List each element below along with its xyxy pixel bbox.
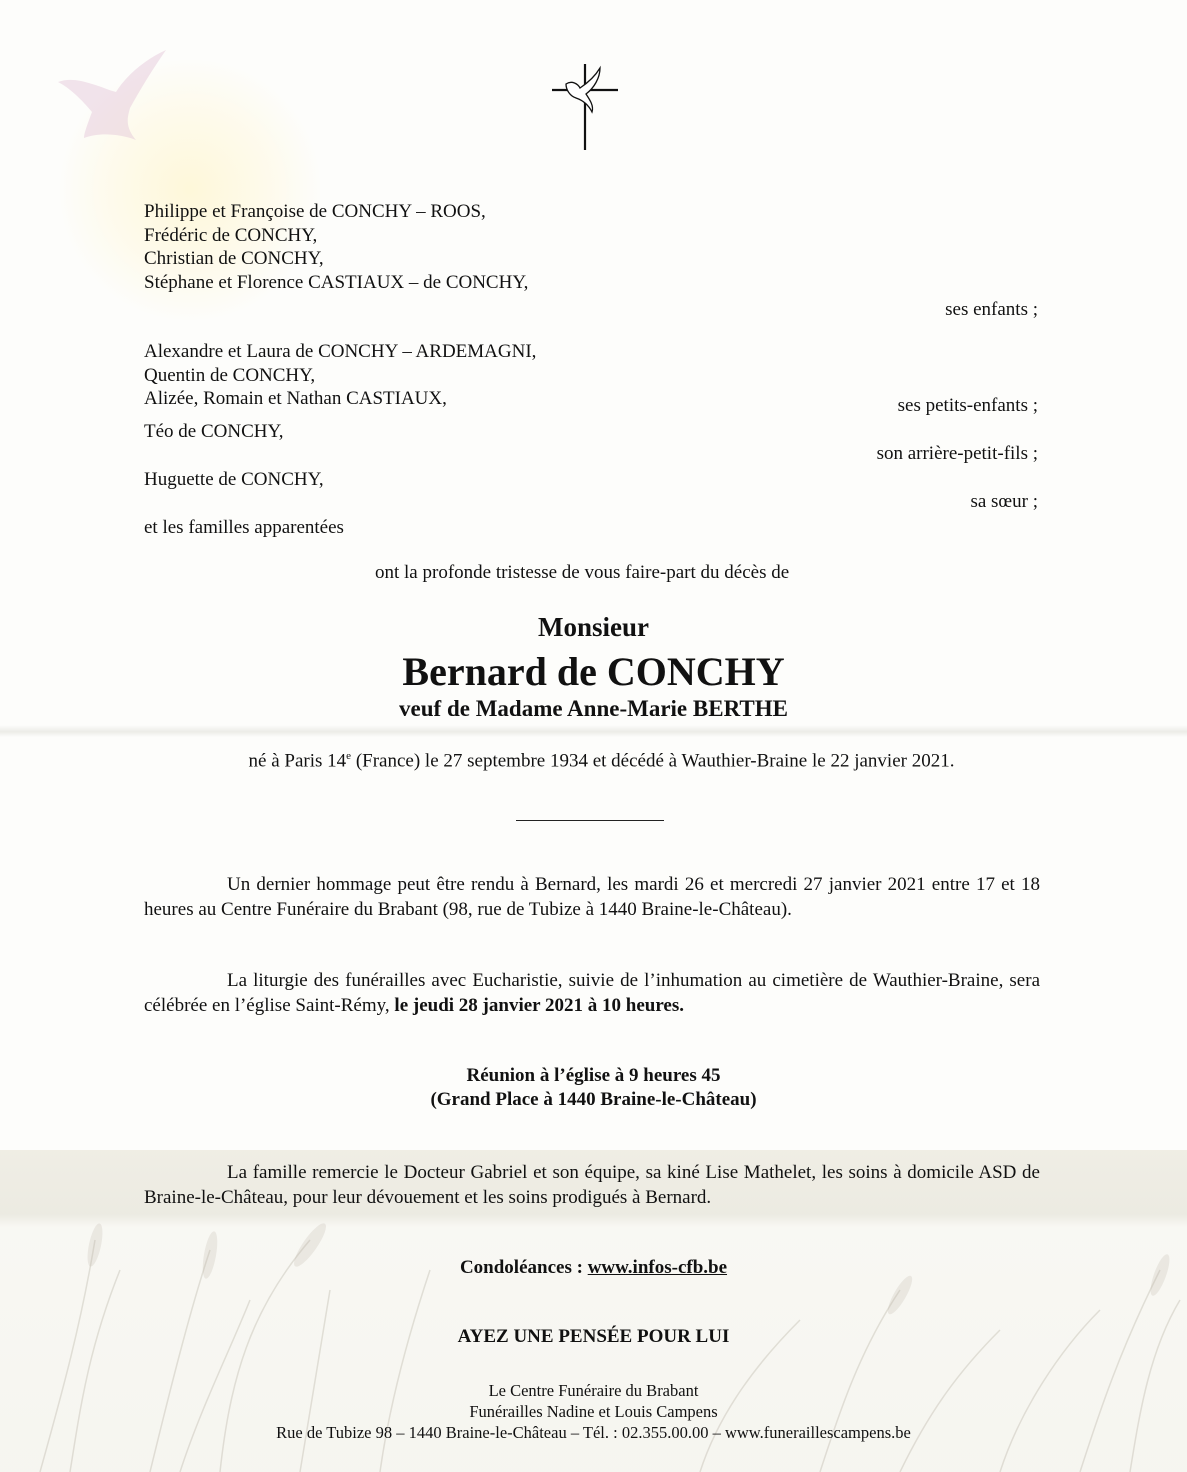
family-member: Quentin de CONCHY, xyxy=(144,364,536,388)
dove-watermark-icon xyxy=(40,30,180,150)
funeral-date: le jeudi 28 janvier 2021 à 10 heures. xyxy=(394,995,684,1016)
liturgy-paragraph: La liturgie des funérailles avec Euchari… xyxy=(144,968,1040,1018)
family-member: Huguette de CONCHY, xyxy=(144,468,324,492)
relation-label-grandchildren: ses petits-enfants ; xyxy=(898,395,1038,417)
condolences-link[interactable]: www.infos-cfb.be xyxy=(588,1257,727,1278)
family-member: Téo de CONCHY, xyxy=(144,420,284,444)
cross-with-dove-icon xyxy=(550,62,620,152)
deceased-name: Bernard de CONCHY xyxy=(0,648,1187,695)
family-member: Alizée, Romain et Nathan CASTIAUX, xyxy=(144,387,536,411)
family-member: Frédéric de CONCHY, xyxy=(144,224,536,248)
birth-death-line: né à Paris 14e (France) le 27 septembre … xyxy=(8,750,1187,772)
relation-label-children: ses enfants ; xyxy=(945,299,1038,321)
related-families: et les familles apparentées xyxy=(144,516,344,540)
announcement-intro: ont la profonde tristesse de vous faire-… xyxy=(375,562,789,584)
homage-paragraph: Un dernier hommage peut être rendu à Ber… xyxy=(144,872,1040,922)
thanks-paragraph: La famille remercie le Docteur Gabriel e… xyxy=(144,1160,1040,1210)
relation-label-sister: sa sœur ; xyxy=(970,491,1038,513)
meeting-info: Réunion à l’église à 9 heures 45 (Grand … xyxy=(0,1064,1187,1112)
family-member: Philippe et Françoise de CONCHY – ROOS, xyxy=(144,200,536,224)
divider xyxy=(516,820,664,821)
funeral-home-footer: Le Centre Funéraire du Brabant Funéraill… xyxy=(0,1380,1187,1443)
deceased-title: Monsieur xyxy=(0,612,1187,643)
widower-of: veuf de Madame Anne-Marie BERTHE xyxy=(0,696,1187,722)
condolences: Condoléances : www.infos-cfb.be xyxy=(0,1257,1187,1279)
closing-phrase: AYEZ UNE PENSÉE POUR LUI xyxy=(0,1326,1187,1348)
family-member: Stéphane et Florence CASTIAUX – de CONCH… xyxy=(144,271,536,295)
family-member: Alexandre et Laura de CONCHY – ARDEMAGNI… xyxy=(144,340,536,364)
relation-label-great-grandchild: son arrière-petit-fils ; xyxy=(877,443,1038,465)
family-member: Christian de CONCHY, xyxy=(144,247,536,271)
family-list: Philippe et Françoise de CONCHY – ROOS, … xyxy=(144,200,536,411)
background-band xyxy=(0,725,1187,737)
